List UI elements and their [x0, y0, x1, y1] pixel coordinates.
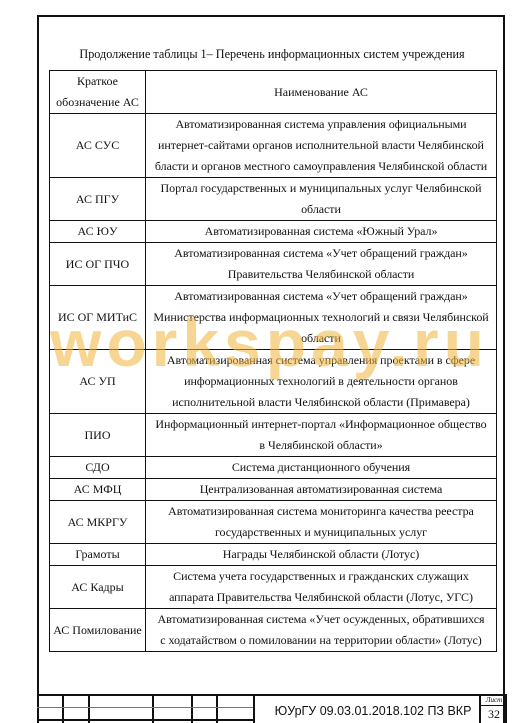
cell-abbr: ИС ОГ ПЧО — [50, 243, 146, 286]
cell-name: Автоматизированная система управления пр… — [146, 350, 497, 414]
cell-abbr: ИС ОГ МИТиС — [50, 286, 146, 350]
cell-name: Автоматизированная система «Учет обращен… — [146, 243, 497, 286]
table-row: АС ЮУАвтоматизированная система «Южный У… — [50, 221, 497, 243]
cell-name: Награды Челябинской области (Лотус) — [146, 544, 497, 566]
table-row: АС УПАвтоматизированная система управлен… — [50, 350, 497, 414]
cell-name: Автоматизированная система мониторинга к… — [146, 501, 497, 544]
document-code: ЮУрГУ 09.03.01.2018.102 ПЗ ВКР — [253, 704, 493, 718]
cell-abbr: АС ПГУ — [50, 178, 146, 221]
cell-abbr: АС УП — [50, 350, 146, 414]
cell-abbr: АС Помилование — [50, 609, 146, 652]
cell-name: Система учета государственных и гражданс… — [146, 566, 497, 609]
cell-abbr: АС МФЦ — [50, 479, 146, 501]
table-row: АС МКРГУАвтоматизированная система монит… — [50, 501, 497, 544]
cell-abbr: АС МКРГУ — [50, 501, 146, 544]
table-row: ИС ОГ ПЧОАвтоматизированная система «Уче… — [50, 243, 497, 286]
cell-name: Автоматизированная система «Учет обращен… — [146, 286, 497, 350]
cell-name: Автоматизированная система управления оф… — [146, 114, 497, 178]
cell-name: Автоматизированная система «Учет осужден… — [146, 609, 497, 652]
table-row: АС КадрыСистема учета государственных и … — [50, 566, 497, 609]
cell-name: Автоматизированная система «Южный Урал» — [146, 221, 497, 243]
table-row: ГрамотыНаграды Челябинской области (Лоту… — [50, 544, 497, 566]
table-row: АС ПГУПортал государственных и муниципал… — [50, 178, 497, 221]
cell-abbr: АС Кадры — [50, 566, 146, 609]
sheet-label: Лист — [482, 696, 506, 704]
table-row: ИС ОГ МИТиСАвтоматизированная система «У… — [50, 286, 497, 350]
cell-name: Система дистанционного обучения — [146, 457, 497, 479]
header-abbr: Краткое обозначение АС — [50, 71, 146, 114]
table-row: АС МФЦЦентрализованная автоматизированна… — [50, 479, 497, 501]
cell-abbr: СДО — [50, 457, 146, 479]
table-row: АС ПомилованиеАвтоматизированная система… — [50, 609, 497, 652]
cell-abbr: Грамоты — [50, 544, 146, 566]
title-block: ЮУрГУ 09.03.01.2018.102 ПЗ ВКР Лист 32 — [37, 694, 507, 723]
systems-table: Краткое обозначение АС Наименование АС А… — [49, 70, 497, 652]
cell-name: Информационный интернет-портал «Информац… — [146, 414, 497, 457]
cell-abbr: ПИО — [50, 414, 146, 457]
cell-abbr: АС ЮУ — [50, 221, 146, 243]
table-caption: Продолжение таблицы 1– Перечень информац… — [37, 47, 507, 62]
cell-abbr: АС СУС — [50, 114, 146, 178]
table-row: СДОСистема дистанционного обучения — [50, 457, 497, 479]
table-row: АС СУСАвтоматизированная система управле… — [50, 114, 497, 178]
cell-name: Портал государственных и муниципальных у… — [146, 178, 497, 221]
table-row: ПИОИнформационный интернет-портал «Инфор… — [50, 414, 497, 457]
stamp-top-border — [37, 694, 507, 696]
sheet-number: 32 — [482, 707, 506, 722]
header-name: Наименование АС — [146, 71, 497, 114]
cell-name: Централизованная автоматизированная сист… — [146, 479, 497, 501]
table-header-row: Краткое обозначение АС Наименование АС — [50, 71, 497, 114]
